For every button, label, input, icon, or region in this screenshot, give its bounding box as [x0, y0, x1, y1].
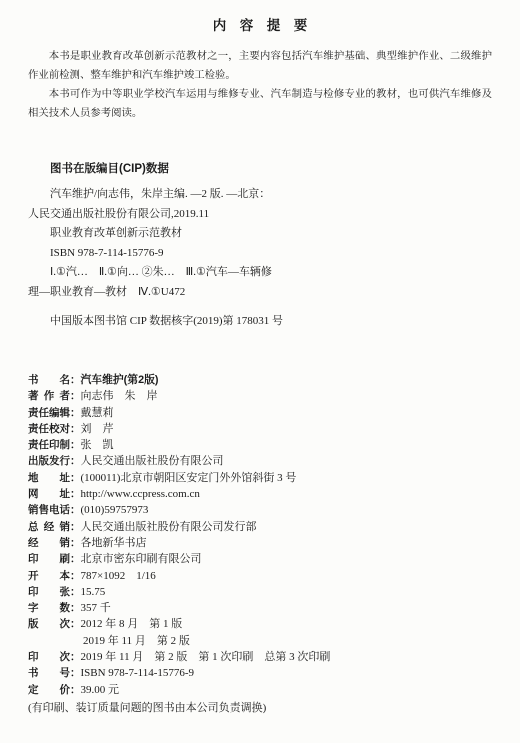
cip-title: 图书在版编目(CIP)数据 — [50, 160, 492, 179]
colophon-row-editor: 责任编辑：戴慧莉 — [28, 405, 498, 421]
row-colon: ： — [70, 439, 81, 451]
colophon-row-proofreader: 责任校对：刘 芹 — [28, 421, 498, 437]
row-value: 2019 年 11 月 第 2 版 — [83, 635, 190, 647]
colophon-section: 书名：汽车维护(第2版) 著作者：向志伟 朱 岸 责任编辑：戴慧莉 责任校对：刘… — [28, 372, 498, 716]
summary-title: 内 容 提 要 — [28, 17, 492, 35]
row-colon: ： — [70, 390, 81, 402]
row-colon: ： — [70, 423, 81, 435]
row-label: 总经销 — [28, 519, 70, 535]
colophon-row-publisher: 出版发行：人民交通出版社股份有限公司 — [28, 453, 498, 469]
row-value: 2012 年 8 月 第 1 版 — [81, 618, 183, 630]
colophon-row-address: 地址：(100011)北京市朝阳区安定门外外馆斜街 3 号 — [28, 470, 498, 486]
row-colon: ： — [70, 618, 81, 630]
row-colon: ： — [70, 537, 81, 549]
row-value: 戴慧莉 — [81, 407, 114, 419]
cip-classification-line-2: 理—职业教育—教材 Ⅳ.①U472 — [28, 283, 492, 303]
row-value: 各地新华书店 — [81, 537, 147, 549]
row-colon: ： — [70, 407, 81, 419]
colophon-row-general-distributor: 总经销：人民交通出版社股份有限公司发行部 — [28, 519, 498, 535]
row-colon: ： — [70, 374, 81, 386]
row-value: 人民交通出版社股份有限公司 — [81, 455, 224, 467]
cip-line-title-statement: 汽车维护/向志伟，朱岸主编. —2 版. —北京： — [50, 185, 492, 205]
cip-line-isbn: ISBN 978-7-114-15776-9 — [50, 244, 492, 264]
copyright-page: 内 容 提 要 本书是职业教育改革创新示范教材之一，主要内容包括汽车维护基础、典… — [0, 0, 520, 743]
colophon-row-word-count: 字数：357 千 — [28, 600, 498, 616]
row-colon: ： — [70, 586, 81, 598]
cip-line-publisher: 人民交通出版社股份有限公司,2019.11 — [28, 205, 492, 225]
colophon-row-edition-line-2: 2019 年 11 月 第 2 版 — [28, 633, 498, 649]
colophon-row-format: 开本：787×1092 1/16 — [28, 568, 498, 584]
row-label: 印张 — [28, 584, 70, 600]
row-label: 著作者 — [28, 388, 70, 404]
website-url: http://www.ccpress.com.cn — [81, 488, 200, 500]
row-colon: ： — [70, 667, 81, 679]
summary-paragraph-2: 本书可作为中等职业学校汽车运用与维修专业、汽车制造与检修专业的教材，也可供汽车维… — [28, 85, 492, 123]
row-colon: ： — [70, 684, 81, 696]
colophon-row-sales-phone: 销售电话：(010)59757973 — [28, 502, 498, 518]
colophon-row-edition: 版次：2012 年 8 月 第 1 版 — [28, 616, 498, 632]
row-label: 网址 — [28, 486, 70, 502]
row-label: 销售电话 — [28, 502, 70, 518]
row-label: 书号 — [28, 665, 70, 681]
cip-section: 图书在版编目(CIP)数据 汽车维护/向志伟，朱岸主编. —2 版. —北京： … — [28, 160, 492, 331]
row-colon: ： — [70, 455, 81, 467]
content-summary-section: 内 容 提 要 本书是职业教育改革创新示范教材之一，主要内容包括汽车维护基础、典… — [28, 17, 492, 123]
row-value: 张 凯 — [81, 439, 114, 451]
row-value: 北京市密东印刷有限公司 — [81, 553, 202, 565]
quality-exchange-note: (有印刷、装订质量问题的图书由本公司负责调换) — [28, 700, 498, 716]
row-colon: ： — [70, 602, 81, 614]
colophon-row-website: 网址：http://www.ccpress.com.cn — [28, 486, 498, 502]
row-colon: ： — [70, 488, 81, 500]
colophon-row-price: 定价：39.00 元 — [28, 682, 498, 698]
colophon-row-title: 书名：汽车维护(第2版) — [28, 372, 498, 388]
row-colon: ： — [70, 553, 81, 565]
row-value: 汽车维护(第2版) — [81, 374, 159, 386]
row-label: 经销 — [28, 535, 70, 551]
cip-line-series: 职业教育改革创新示范教材 — [50, 224, 492, 244]
row-label: 开本 — [28, 568, 70, 584]
row-value: 787×1092 1/16 — [81, 570, 156, 582]
colophon-row-authors: 著作者：向志伟 朱 岸 — [28, 388, 498, 404]
row-label: 出版发行 — [28, 453, 70, 469]
row-value: 39.00 元 — [81, 684, 120, 696]
summary-paragraph-1: 本书是职业教育改革创新示范教材之一，主要内容包括汽车维护基础、典型维护作业、二级… — [28, 47, 492, 85]
row-value: 人民交通出版社股份有限公司发行部 — [81, 521, 257, 533]
row-label: 书名 — [28, 372, 70, 388]
row-value: (100011)北京市朝阳区安定门外外馆斜街 3 号 — [81, 472, 297, 484]
cip-classification-line-1: Ⅰ.①汽… Ⅱ.①向… ②朱… Ⅲ.①汽车—车辆修 — [50, 263, 492, 283]
row-label: 定价 — [28, 682, 70, 698]
colophon-row-sheets: 印张：15.75 — [28, 584, 498, 600]
row-label: 字数 — [28, 600, 70, 616]
colophon-row-impression: 印次：2019 年 11 月 第 2 版 第 1 次印刷 总第 3 次印刷 — [28, 649, 498, 665]
colophon-row-print-supervisor: 责任印制：张 凯 — [28, 437, 498, 453]
row-label: 印次 — [28, 649, 70, 665]
row-value: 15.75 — [81, 586, 106, 598]
row-colon: ： — [70, 521, 81, 533]
row-label: 责任编辑 — [28, 405, 70, 421]
row-label: 印刷 — [28, 551, 70, 567]
colophon-row-distributor: 经销：各地新华书店 — [28, 535, 498, 551]
row-label: 责任校对 — [28, 421, 70, 437]
row-value: 刘 芹 — [81, 423, 114, 435]
row-label: 责任印制 — [28, 437, 70, 453]
row-value: 357 千 — [81, 602, 111, 614]
row-colon: ： — [70, 570, 81, 582]
row-value: ISBN 978-7-114-15776-9 — [81, 667, 195, 679]
row-value: (010)59757973 — [81, 504, 149, 516]
row-label: 地址 — [28, 470, 70, 486]
row-value: 2019 年 11 月 第 2 版 第 1 次印刷 总第 3 次印刷 — [81, 651, 331, 663]
row-colon: ： — [70, 651, 81, 663]
row-colon: ： — [70, 504, 81, 516]
cip-registry-number: 中国版本图书馆 CIP 数据核字(2019)第 178031 号 — [50, 312, 492, 332]
colophon-row-isbn: 书号：ISBN 978-7-114-15776-9 — [28, 665, 498, 681]
row-value: 向志伟 朱 岸 — [81, 390, 158, 402]
row-label: 版次 — [28, 616, 70, 632]
row-colon: ： — [70, 472, 81, 484]
colophon-row-printer: 印刷：北京市密东印刷有限公司 — [28, 551, 498, 567]
